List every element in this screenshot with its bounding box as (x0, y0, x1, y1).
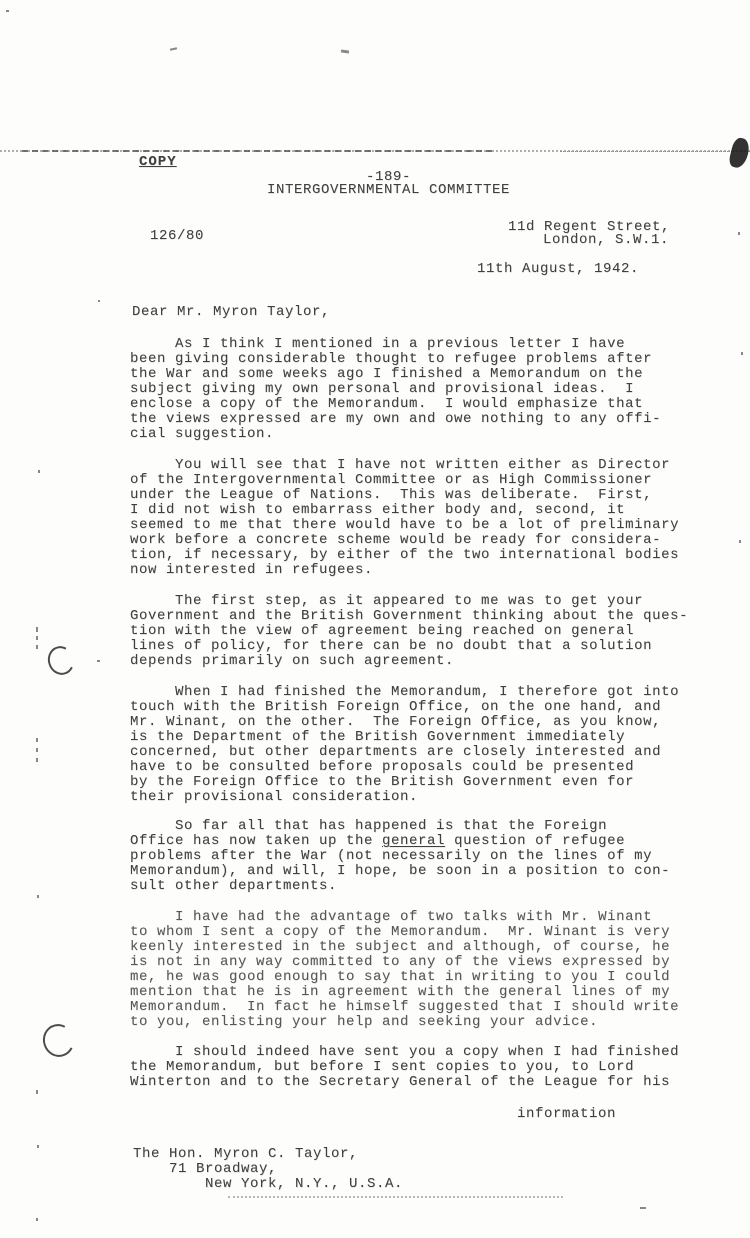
scanned-letter-page: COPY -189- INTERGOVERNMENTAL COMMITTEE 1… (0, 0, 750, 1238)
org-name: INTERGOVERNMENTAL COMMITTEE (267, 183, 510, 198)
letter-body: COPY -189- INTERGOVERNMENTAL COMMITTEE 1… (0, 0, 750, 1238)
paragraph-6: I have had the advantage of two talks wi… (130, 910, 750, 1030)
paragraph-3: The first step, as it appeared to me was… (130, 594, 750, 669)
copy-label: COPY (139, 155, 177, 170)
paragraph-4: When I had finished the Memorandum, I th… (130, 685, 750, 805)
paragraph-1: As I think I mentioned in a previous let… (130, 337, 750, 442)
sender-address-line2: London, S.W.1. (543, 233, 669, 248)
reference-number: 126/80 (150, 229, 204, 244)
date-line: 11th August, 1942. (477, 262, 639, 277)
underlined-word: general (382, 833, 445, 849)
paragraph-5: So far all that has happened is that the… (130, 819, 750, 894)
catchword: information (517, 1107, 616, 1122)
paragraph-7: I should indeed have sent you a copy whe… (130, 1045, 750, 1090)
salutation: Dear Mr. Myron Taylor, (132, 305, 330, 320)
paragraph-2: You will see that I have not written eit… (130, 458, 750, 578)
recipient-address: The Hon. Myron C. Taylor, 71 Broadway, N… (133, 1147, 750, 1192)
